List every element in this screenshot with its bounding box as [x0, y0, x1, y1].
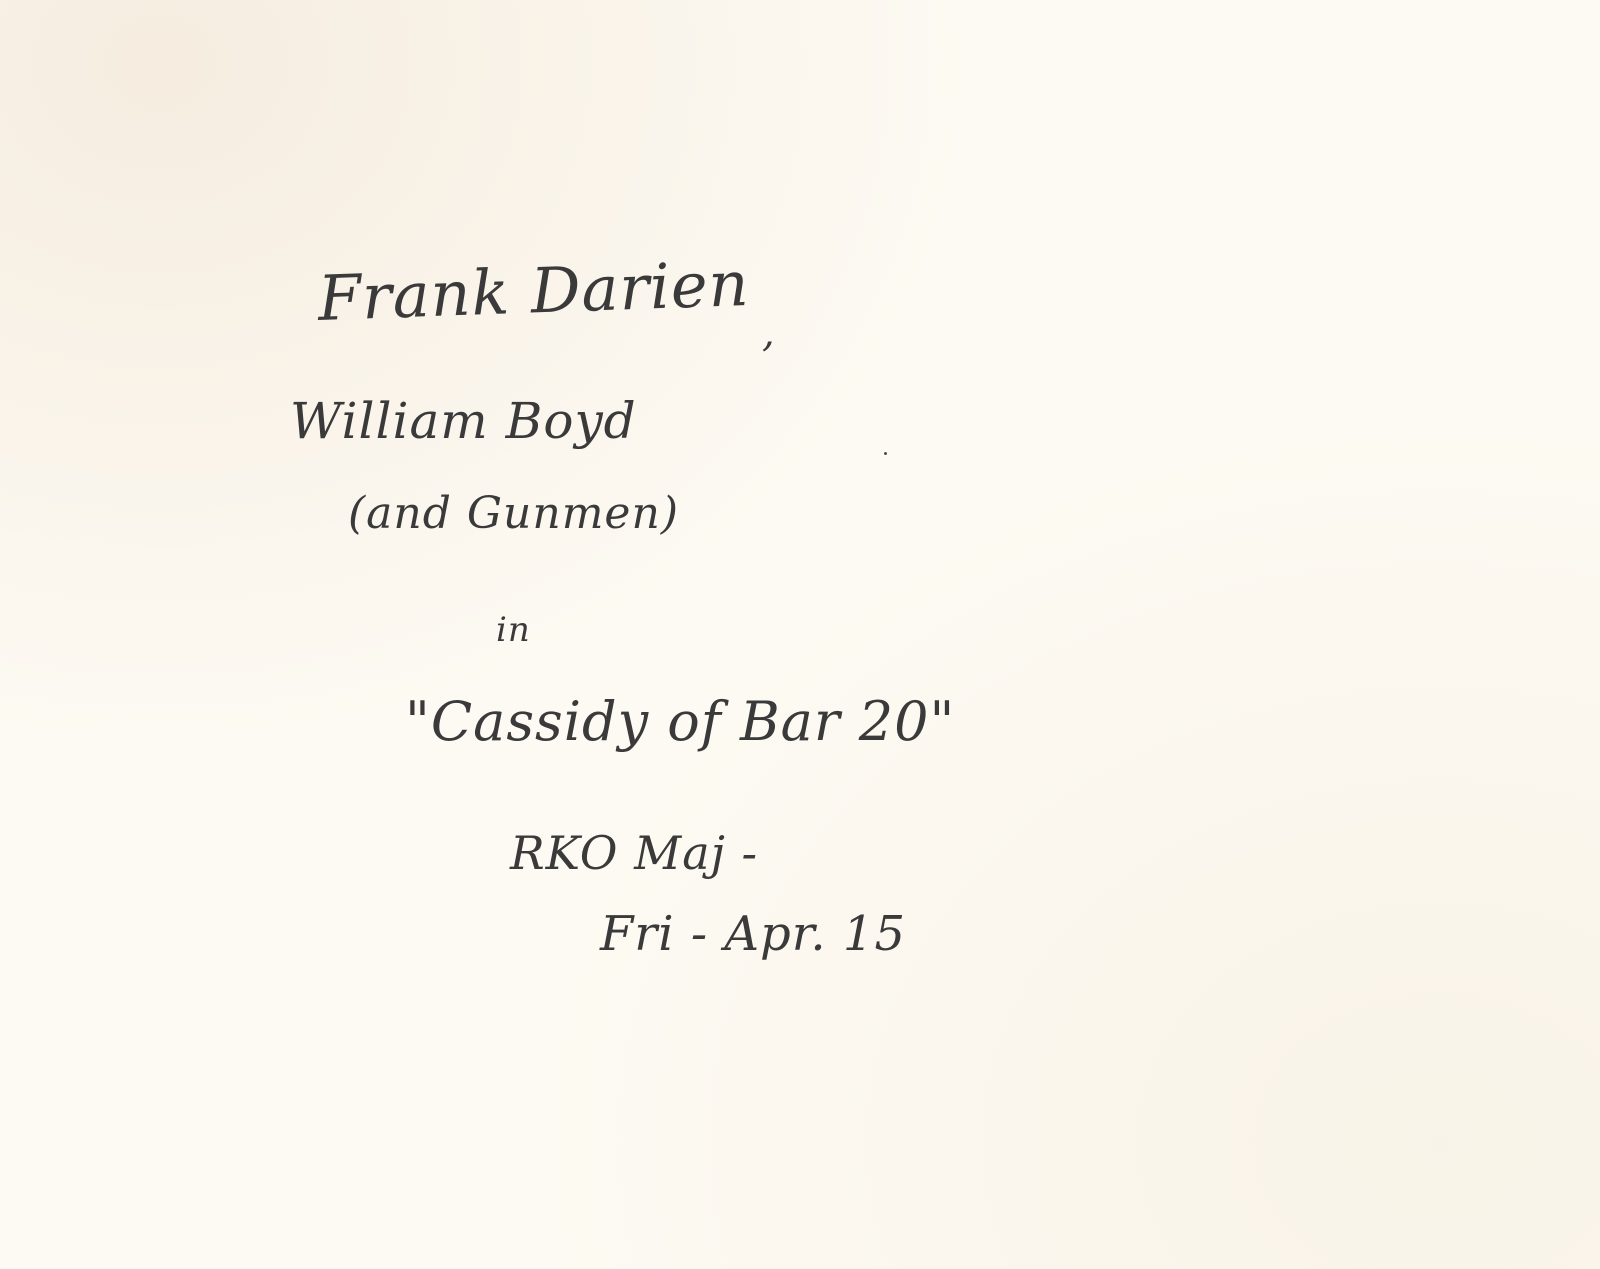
handwritten-comma: , [762, 310, 776, 356]
handwritten-line-extras: (and Gunmen) [348, 488, 679, 539]
handwritten-line-in: in [496, 610, 531, 650]
ink-speck [884, 452, 887, 455]
handwritten-line-actor-2: William Boyd [290, 392, 637, 450]
handwritten-line-date: Fri - Apr. 15 [600, 906, 906, 962]
handwritten-line-venue: RKO Maj - [510, 826, 758, 880]
handwritten-line-film-title: "Cassidy of Bar 20" [405, 690, 955, 753]
paper-sheet: Frank Darien , William Boyd (and Gunmen)… [0, 0, 1600, 1269]
handwritten-line-actor-1: Frank Darien [317, 247, 751, 335]
